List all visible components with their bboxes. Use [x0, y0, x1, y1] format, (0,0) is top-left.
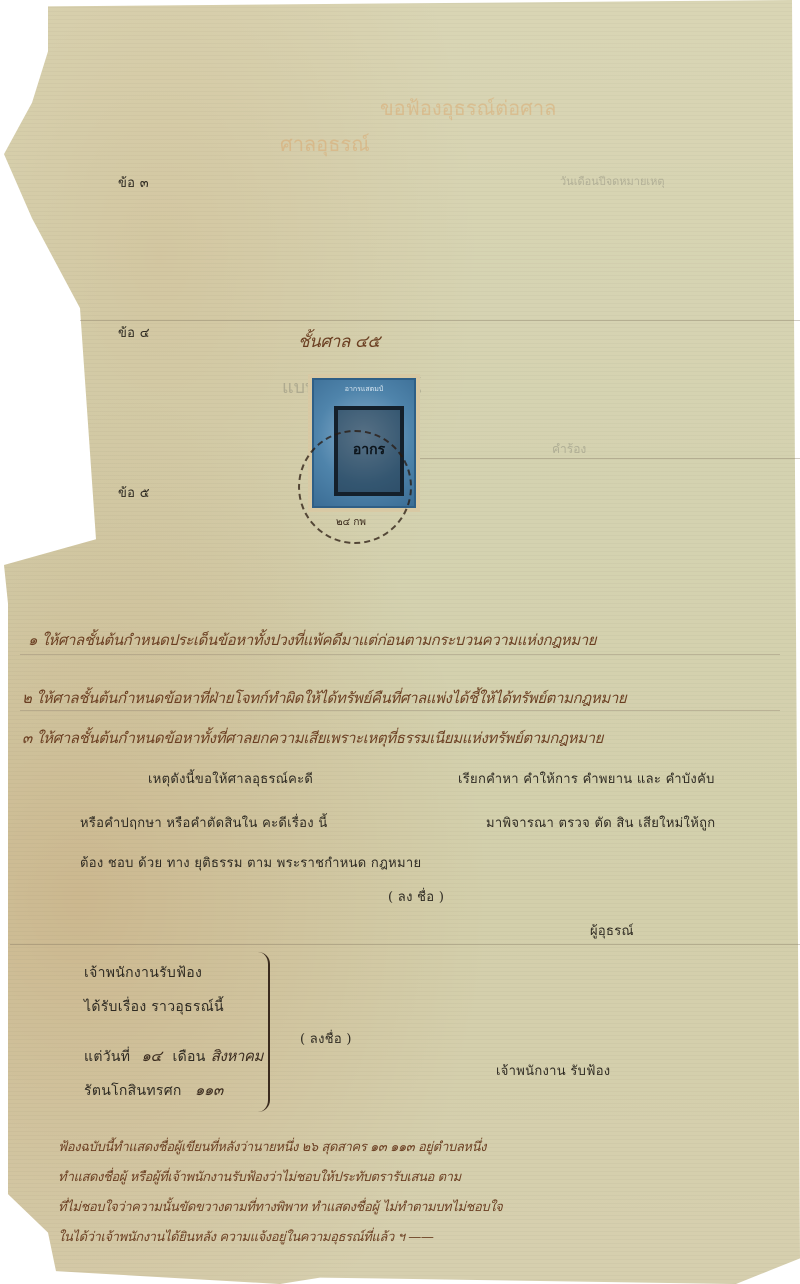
year-prefix: รัตนโกสินทรศก	[84, 1083, 182, 1099]
officer-label: เจ้าพนักงาน รับฟ้อง	[496, 1060, 610, 1081]
stamp-label: อากรแสตมป์	[314, 384, 414, 395]
fold-crease	[10, 944, 800, 945]
footer-note-line-1: ฟ้องฉบับนี้ทำแสดงชื่อผู้เขียนที่หลังว่าน…	[58, 1136, 486, 1157]
receipt-line-1: เจ้าพนักงานรับฟ้อง	[84, 962, 202, 984]
handwritten-claim-2: ๒ ให้ศาลชั้นต้นกำหนดข้อหาที่ฝ่ายโจทก์ทำผ…	[22, 686, 626, 710]
bleed-through-text: ศาลอุธรณ์	[280, 128, 370, 160]
handwritten-claim-3: ๓ ให้ศาลชั้นต้นกำหนดข้อหาทั้งที่ศาลยกควา…	[22, 726, 603, 750]
clause-5-label: ข้อ ๕	[118, 482, 150, 503]
year-handwritten: ๑๑๓	[195, 1081, 223, 1099]
body-line-1-right: เรียกคำหา คำให้การ คำพยาน และ คำบังคับ	[458, 768, 715, 789]
court-level-handwritten: ชั้นศาล ๔๕	[298, 328, 380, 355]
bleed-through-text: ขอฟ้องอุธรณ์ต่อศาล	[380, 92, 556, 124]
body-line-2-left: หรือคำปฤกษา หรือคำตัดสินใน คะดีเรื่อง นี…	[80, 812, 328, 833]
receipt-year-line: รัตนโกสินทรศก ๑๑๓	[84, 1078, 223, 1102]
footer-note-line-3: ที่ไม่ชอบใจว่าความนั้นขัดขวางตามที่ทางพิ…	[58, 1196, 502, 1217]
clause-3-label: ข้อ ๓	[118, 172, 149, 193]
postmark-date: ๒๔ กพ	[336, 515, 366, 530]
receipt-line-2: ได้รับเรื่อง ราวอุธรณ์นี้	[84, 996, 224, 1018]
clause-4-label: ข้อ ๔	[118, 322, 150, 343]
fold-crease	[420, 458, 800, 459]
date-day-handwritten: ๑๔	[141, 1047, 161, 1065]
signature-placeholder-1: ( ลง ชื่อ )	[388, 886, 444, 907]
date-month-handwritten: สิงหาคม	[211, 1047, 263, 1065]
date-day-prefix: แต่วันที่	[84, 1049, 130, 1065]
faint-top-right-print: วันเดือนปีจดหมายเหตุ	[560, 172, 665, 190]
date-month-prefix: เดือน	[173, 1049, 206, 1065]
signature-placeholder-2: ( ลงชื่อ )	[300, 1028, 352, 1049]
ruled-line	[20, 654, 780, 655]
footer-note-line-2: ทำแสดงชื่อผู้ หรือผู้ที่เจ้าพนักงานรับฟ้…	[58, 1166, 461, 1187]
footer-note-line-4: ในได้ว่าเจ้าพนักงานได้ยินหลัง ความแจ้งอย…	[58, 1226, 433, 1247]
body-line-3: ต้อง ชอบ ด้วย ทาง ยุติธรรม ตาม พระราชกำห…	[80, 852, 421, 873]
body-line-1-left: เหตุดังนี้ขอให้ศาลอุธรณ์คะดี	[148, 768, 313, 789]
receipt-date-line: แต่วันที่ ๑๔ เดือน สิงหาคม	[84, 1044, 263, 1068]
bracket	[258, 952, 270, 1112]
body-line-2-right: มาพิจารณา ตรวจ ตัด สิน เสียใหม่ให้ถูก	[486, 812, 715, 833]
faint-mid-right-print: คำร้อง	[552, 440, 586, 459]
handwritten-claim-1: ๑ ให้ศาลชั้นต้นกำหนดประเด็นข้อหาทั้งปวงท…	[28, 628, 596, 652]
appellant-label: ผู้อุธรณ์	[590, 920, 634, 941]
fold-crease	[80, 320, 800, 321]
ruled-line	[20, 710, 780, 711]
